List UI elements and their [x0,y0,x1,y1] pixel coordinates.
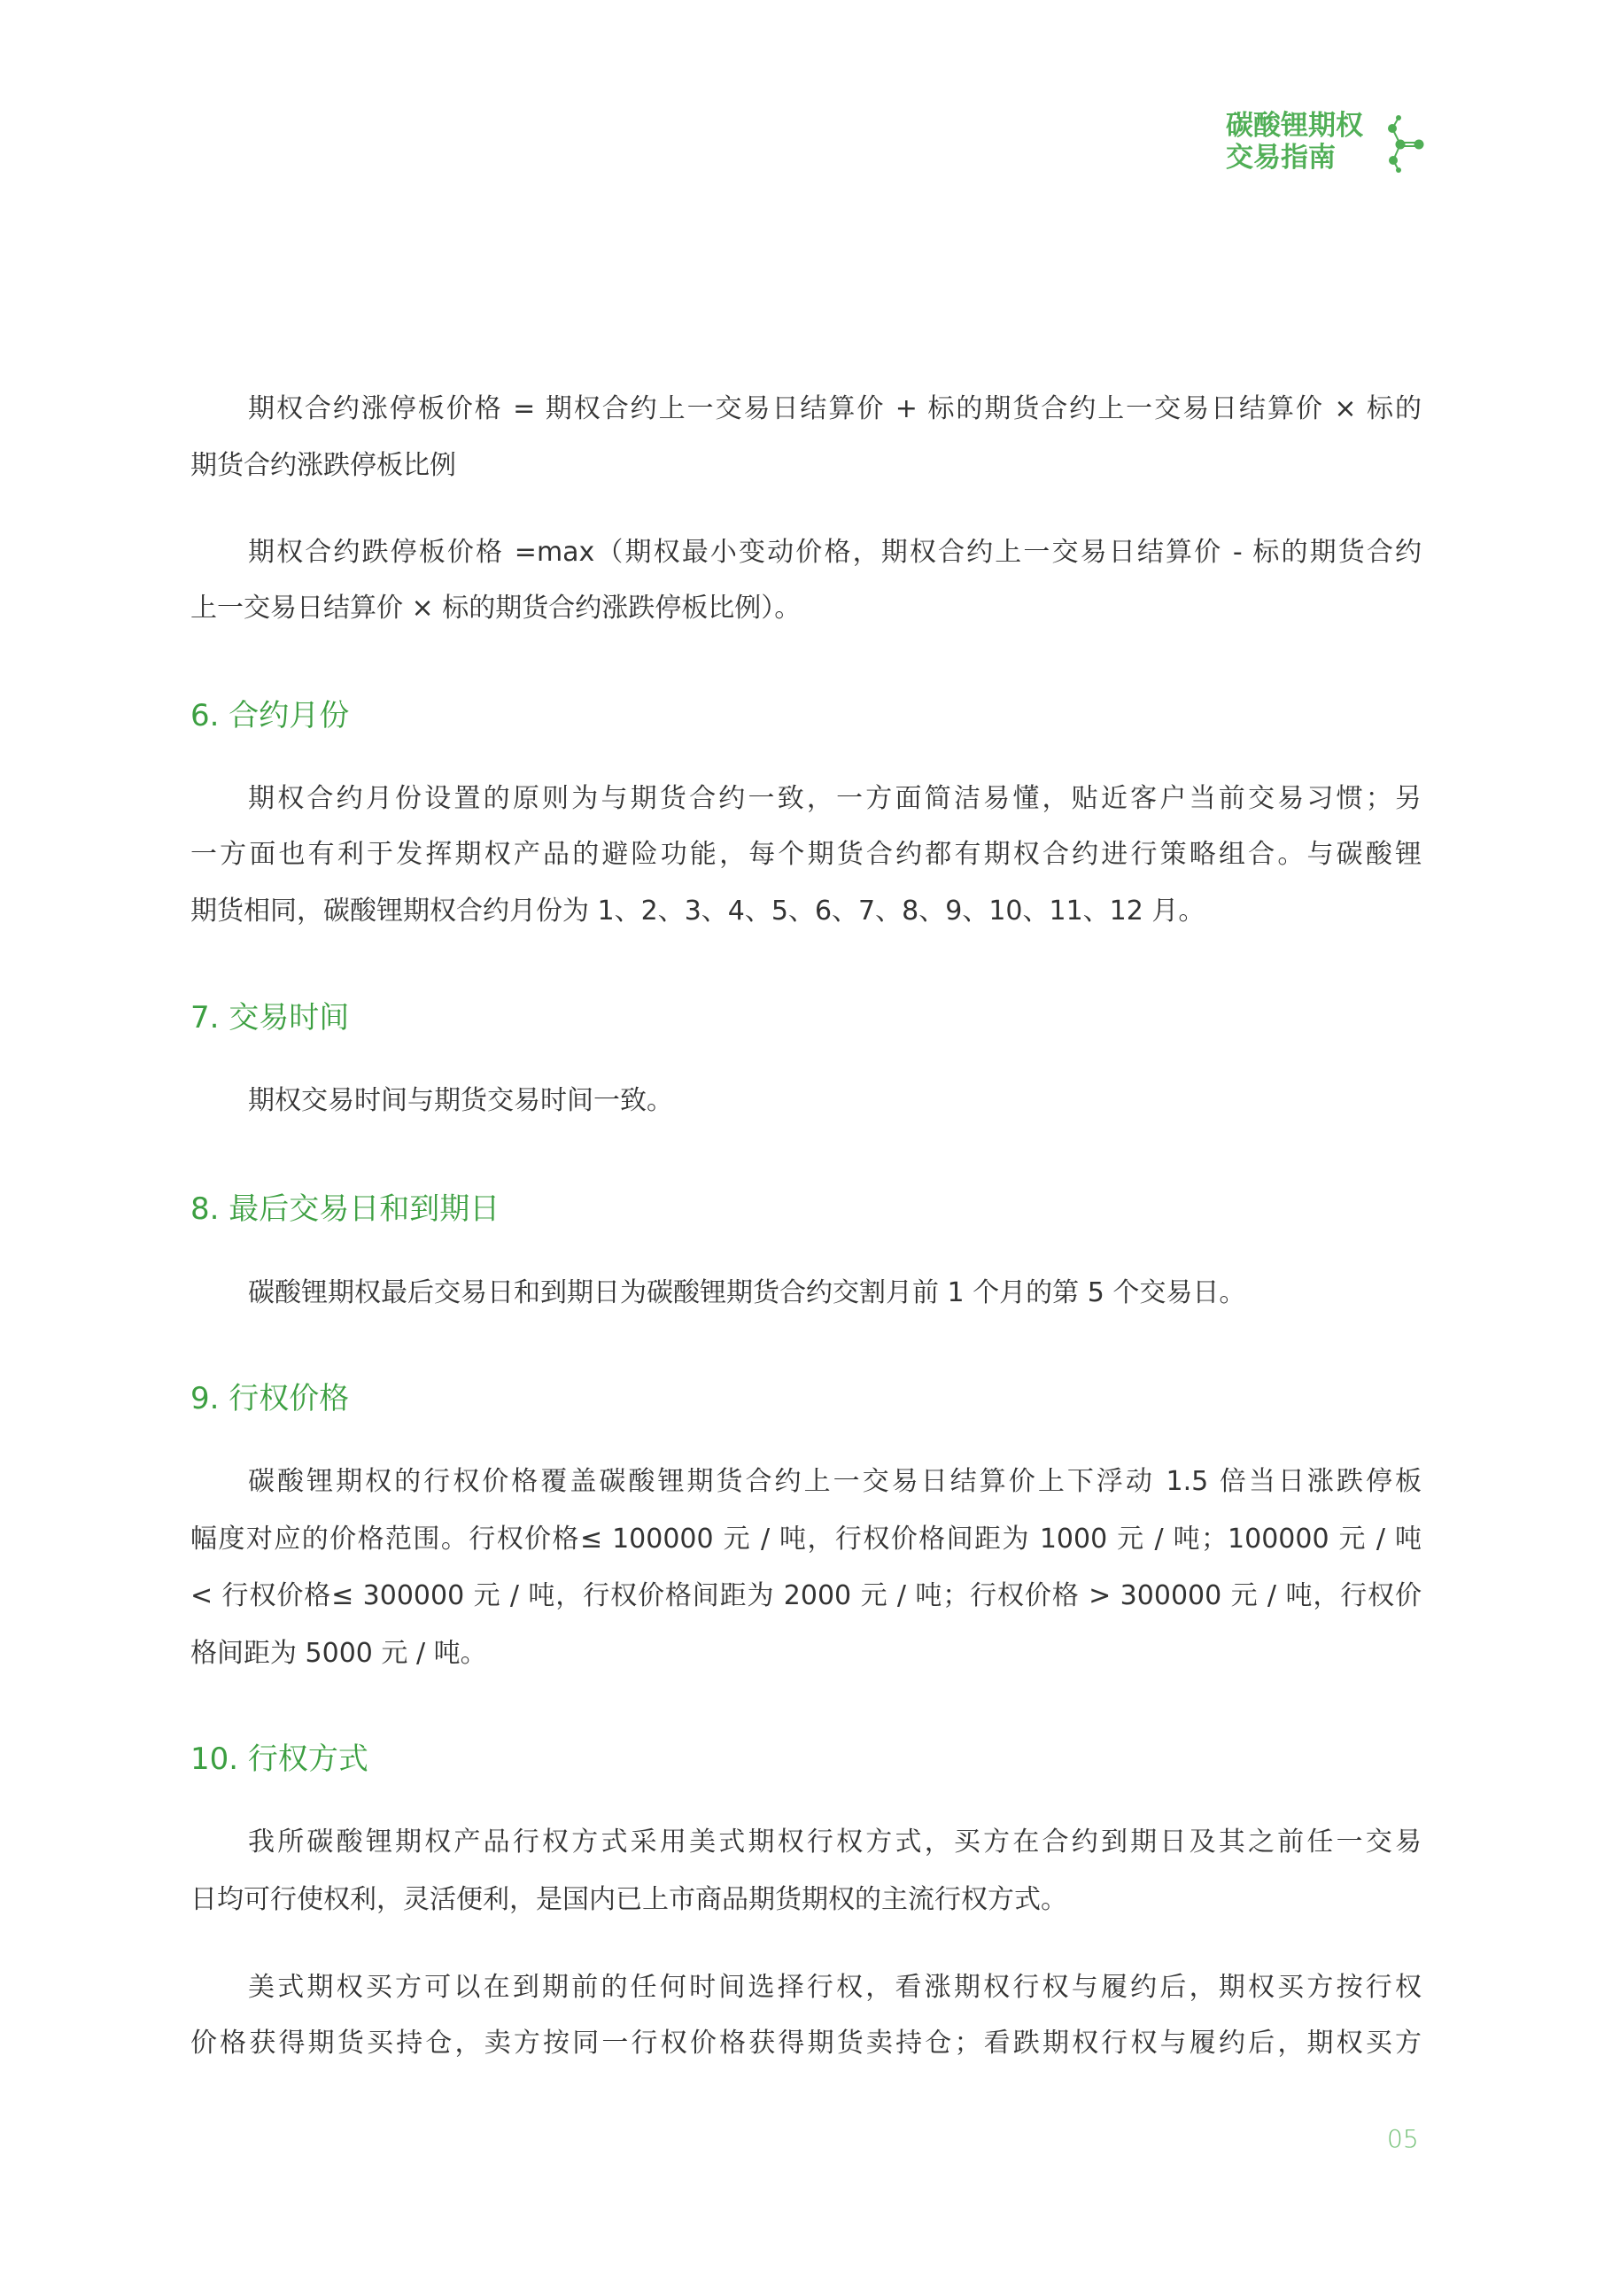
paragraph-line: < 行权价格≤ 300000 元 / 吨，行权价格间距为 2000 元 / 吨；… [190,1578,1422,1614]
molecule-icon [1378,110,1431,181]
section-heading-strike-price: 9. 行权价格 [190,1379,349,1418]
logo-title-line1: 碳酸锂期权 [1226,110,1363,142]
paragraph-line: 日均可行使权利，灵活便利，是国内已上市商品期货期权的主流行权方式。 [190,1882,1422,1918]
section-heading-exercise-style: 10. 行权方式 [190,1740,368,1779]
paragraph-line: 一方面也有利于发挥期权产品的避险功能，每个期货合约都有期权合约进行策略组合。与碳… [190,837,1422,873]
section-heading-last-trading-day: 8. 最后交易日和到期日 [190,1190,500,1229]
limit-up-formula-line: 期货合约涨跌停板比例 [190,448,1422,484]
paragraph-line: 格间距为 5000 元 / 吨。 [190,1636,1422,1672]
paragraph-line: 我所碳酸锂期权产品行权方式采用美式期权行权方式，买方在合约到期日及其之前任一交易 [248,1825,1422,1860]
paragraph-line: 美式期权买方可以在到期前的任何时间选择行权，看涨期权行权与履约后，期权买方按行权 [248,1970,1422,2005]
page-number: 05 [1387,2124,1419,2154]
paragraph-line: 价格获得期货买持仓，卖方按同一行权价格获得期货卖持仓；看跌期权行权与履约后，期权… [190,2026,1422,2061]
paragraph-line: 幅度对应的价格范围。行权价格≤ 100000 元 / 吨，行权价格间距为 100… [190,1522,1422,1557]
limit-down-formula-line: 期权合约跌停板价格 =max（期权最小变动价格，期权合约上一交易日结算价 - 标… [248,535,1422,570]
paragraph-line: 碳酸锂期权的行权价格覆盖碳酸锂期货合约上一交易日结算价上下浮动 1.5 倍当日涨… [248,1464,1422,1500]
paragraph-line: 期货相同，碳酸锂期权合约月份为 1、2、3、4、5、6、7、8、9、10、11、… [190,894,1422,929]
limit-up-formula-line: 期权合约涨停板价格 = 期权合约上一交易日结算价 + 标的期货合约上一交易日结算… [248,392,1422,427]
document-page: 碳酸锂期权 交易指南 期权合约涨停板价格 = 期权合约上一交易日结算 [0,0,1612,2296]
limit-down-formula-line: 上一交易日结算价 × 标的期货合约涨跌停板比例）。 [190,591,1422,626]
paragraph-line: 期权交易时间与期货交易时间一致。 [248,1083,673,1119]
section-heading-contract-month: 6. 合约月份 [190,696,349,735]
logo-title: 碳酸锂期权 交易指南 [1226,110,1363,174]
logo-title-line2: 交易指南 [1226,142,1363,174]
paragraph-line: 期权合约月份设置的原则为与期货合约一致，一方面简洁易懂，贴近客户当前交易习惯；另 [248,781,1422,817]
section-heading-trading-hours: 7. 交易时间 [190,998,349,1037]
guide-logo: 碳酸锂期权 交易指南 [1226,110,1438,181]
paragraph-line: 碳酸锂期权最后交易日和到期日为碳酸锂期货合约交割月前 1 个月的第 5 个交易日… [248,1276,1245,1311]
